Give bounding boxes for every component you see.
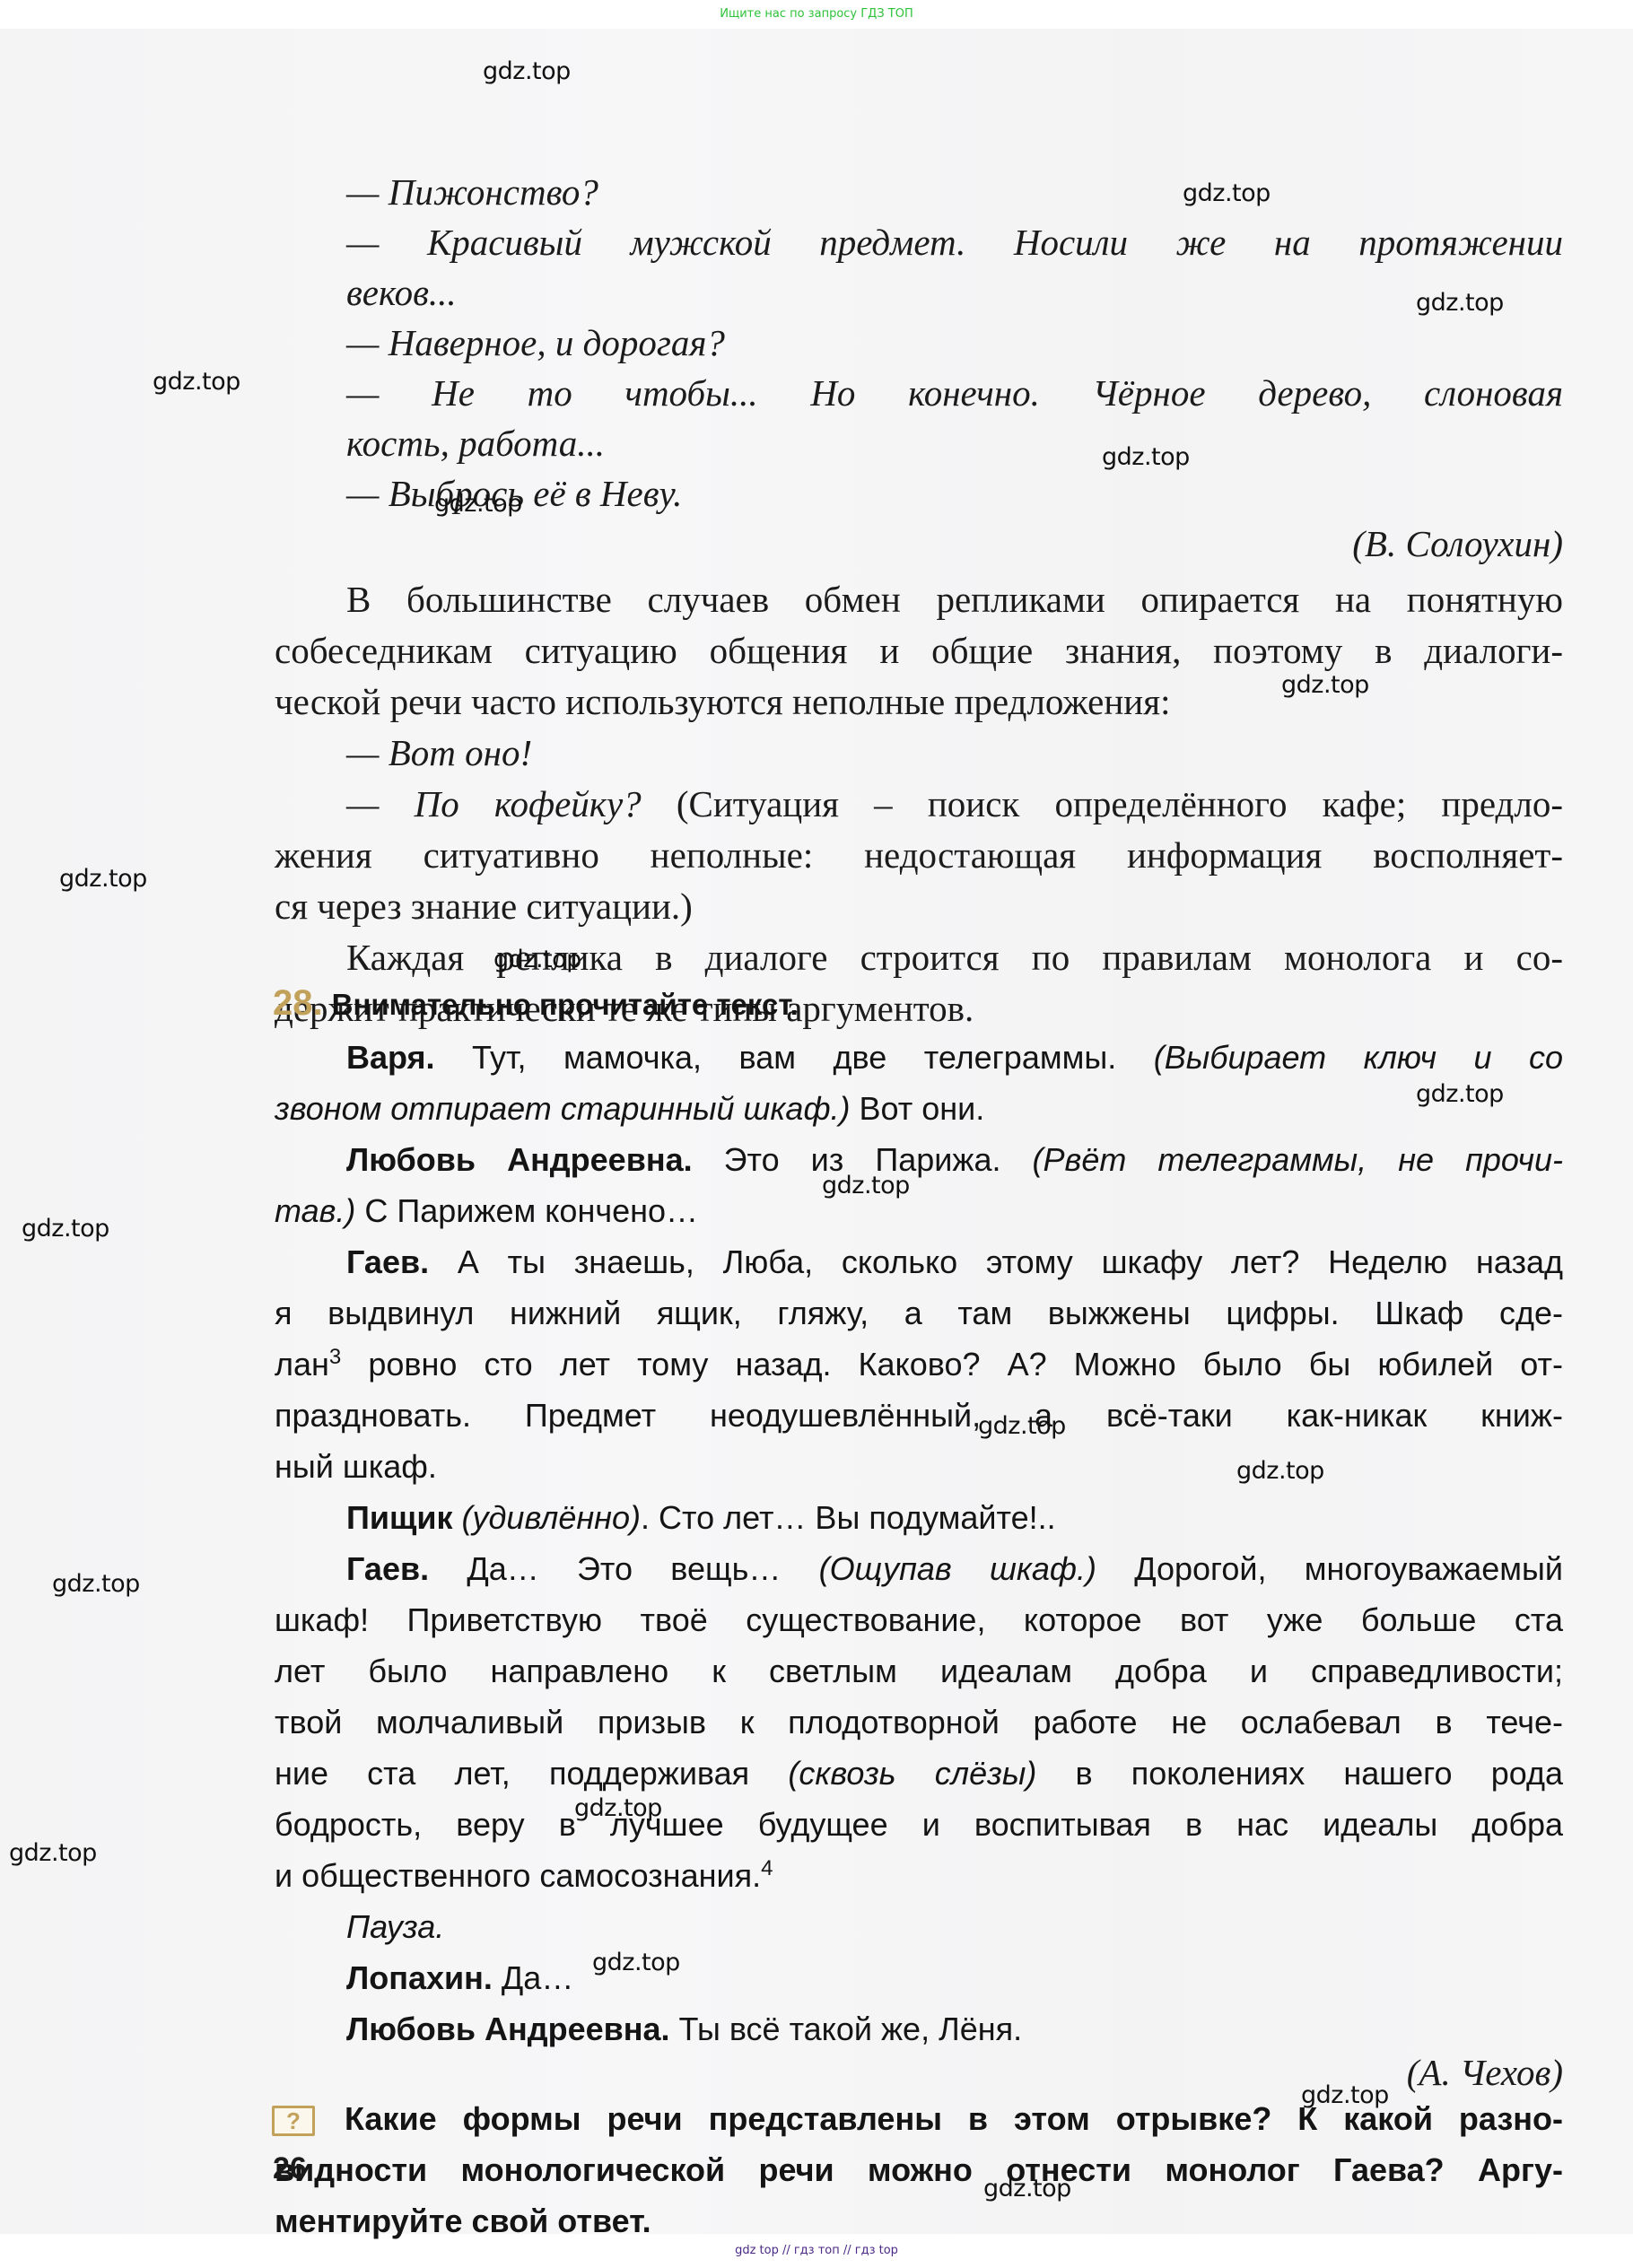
replica-varya-cont: звоном отпирает старинный шкаф.) Вот они… xyxy=(275,1083,984,1134)
footnote-marker: 4 xyxy=(761,1856,773,1880)
replica-gaev: Гаев. А ты знаешь, Люба, сколько этому ш… xyxy=(346,1236,1563,1287)
watermark: gdz.top xyxy=(592,1949,680,1976)
watermark: gdz.top xyxy=(59,865,147,893)
speaker-gaev: Гаев. xyxy=(346,1243,429,1280)
theory-line: ческой речи часто используются неполные … xyxy=(275,676,1171,727)
replica-line: ный шкаф. xyxy=(275,1441,437,1492)
question-line: видности монологической речи можно отнес… xyxy=(275,2144,1563,2195)
replica-lyubov-final: Любовь Андреевна. Ты всё такой же, Лёня. xyxy=(346,2003,1022,2054)
watermark: gdz.top xyxy=(1416,1080,1504,1108)
speaker-lyubov: Любовь Андреевна. xyxy=(346,2011,670,2047)
attribution-chekhov: (А. Чехов) xyxy=(1407,2047,1563,2098)
watermark: gdz.top xyxy=(9,1839,97,1867)
replica-line: лан3 ровно сто лет тому назад. Каково? А… xyxy=(275,1339,1563,1390)
exercise-number: 28. xyxy=(273,983,323,1023)
watermark: gdz.top xyxy=(1281,671,1369,699)
top-banner: Ищите нас по запросу ГДЗ ТОП xyxy=(0,0,1633,29)
stage-direction: (удивлённо) xyxy=(453,1499,641,1536)
watermark: gdz.top xyxy=(52,1570,140,1598)
bottom-banner: gdz top // гдз топ // гдз top xyxy=(0,2234,1633,2268)
stage-direction: звоном отпирает старинный шкаф.) xyxy=(275,1090,851,1127)
replica-line: лет было направлено к светлым идеалам до… xyxy=(275,1645,1563,1697)
watermark: gdz.top xyxy=(493,946,581,973)
example-po-kofeyku: — По кофейку? (Ситуация – поиск определё… xyxy=(346,779,1563,829)
replica-line: шкаф! Приветствую твоё существование, ко… xyxy=(275,1594,1563,1645)
question-note-icon: ? xyxy=(272,2106,315,2136)
stage-direction: (Выбирает ключ и со xyxy=(1154,1039,1563,1076)
watermark: gdz.top xyxy=(1183,179,1271,207)
dialogue-line: — Наверное, и дорогая? xyxy=(346,318,725,368)
theory-line: жения ситуативно неполные: недостающая и… xyxy=(275,830,1563,880)
theory-line: собеседникам ситуацию общения и общие зн… xyxy=(275,625,1563,676)
stage-direction: тав.) xyxy=(275,1192,355,1229)
speaker-varya: Варя. xyxy=(346,1039,435,1076)
replica-line: я выдвинул нижний ящик, гляжу, а там выж… xyxy=(275,1287,1563,1339)
replica-line: бодрость, веру в лучшее будущее и воспит… xyxy=(275,1799,1563,1850)
replica-gaev-monologue: Гаев. Да… Это вещь… (Ощупав шкаф.) Дорог… xyxy=(346,1543,1563,1594)
replica-lyubov-cont: тав.) С Парижем кончено… xyxy=(275,1185,698,1236)
watermark: gdz.top xyxy=(483,57,571,85)
exercise-instruction: Внимательно прочитайте текст. xyxy=(332,988,799,1021)
watermark: gdz.top xyxy=(1102,443,1190,471)
stage-direction: (Ощупав шкаф.) xyxy=(819,1550,1096,1587)
speaker-gaev: Гаев. xyxy=(346,1550,429,1587)
stage-direction: (Рвёт телеграммы, не прочи- xyxy=(1033,1141,1563,1178)
speaker-pishchik: Пищик xyxy=(346,1499,453,1536)
footnote-marker: 3 xyxy=(329,1345,341,1369)
watermark: gdz.top xyxy=(574,1794,662,1822)
replica-line: праздновать. Предмет неодушевлённый, а в… xyxy=(275,1390,1563,1441)
page-number: 26 xyxy=(273,2151,307,2186)
exercise-header: 28. Внимательно прочитайте текст. xyxy=(273,978,799,1030)
watermark: gdz.top xyxy=(1301,2081,1389,2109)
dialogue-line: — Красивый мужской предмет. Носили же на… xyxy=(346,217,1563,267)
stage-pause: Пауза. xyxy=(346,1901,444,1952)
speaker-lopakhin: Лопахин. xyxy=(346,1959,493,1996)
watermark: gdz.top xyxy=(983,2175,1071,2203)
example-comment: (Ситуация – поиск определённого кафе; пр… xyxy=(642,783,1563,824)
watermark: gdz.top xyxy=(434,490,522,518)
replica-line: твой молчаливый призыв к плодотворной ра… xyxy=(275,1697,1563,1748)
replica-lyubov: Любовь Андреевна. Это из Парижа. (Рвёт т… xyxy=(346,1134,1563,1185)
dialogue-line: — Не то чтобы... Но конечно. Чёрное дере… xyxy=(346,368,1563,418)
theory-line: В большинстве случаев обмен репликами оп… xyxy=(346,574,1563,624)
replica-lopakhin: Лопахин. Да… xyxy=(346,1952,573,2003)
speaker-lyubov: Любовь Андреевна. xyxy=(346,1141,693,1178)
watermark: gdz.top xyxy=(978,1412,1066,1440)
example-italic: — По кофейку? xyxy=(346,783,642,824)
theory-line: ся через знание ситуации.) xyxy=(275,881,693,931)
stage-direction: (сквозь слёзы) xyxy=(788,1755,1036,1792)
replica-line: ние ста лет, поддерживая (сквозь слёзы) … xyxy=(275,1748,1563,1799)
dialogue-line: веков... xyxy=(346,267,457,318)
watermark: gdz.top xyxy=(22,1215,109,1243)
watermark: gdz.top xyxy=(1416,289,1504,317)
watermark: gdz.top xyxy=(153,368,240,396)
replica-varya: Варя. Тут, мамочка, вам две телеграммы. … xyxy=(346,1032,1563,1083)
replica-line: и общественного самосознания.4 xyxy=(275,1850,773,1901)
attribution-soloukhin: (В. Солоухин) xyxy=(1352,519,1563,569)
replica-pishchik: Пищик (удивлённо). Сто лет… Вы подумайте… xyxy=(346,1492,1056,1543)
dialogue-line: — Пижонство? xyxy=(346,167,598,217)
dialogue-line: кость, работа... xyxy=(346,418,605,468)
example-vot-ono: — Вот оно! xyxy=(346,728,532,778)
watermark: gdz.top xyxy=(822,1172,910,1199)
watermark: gdz.top xyxy=(1236,1457,1324,1485)
